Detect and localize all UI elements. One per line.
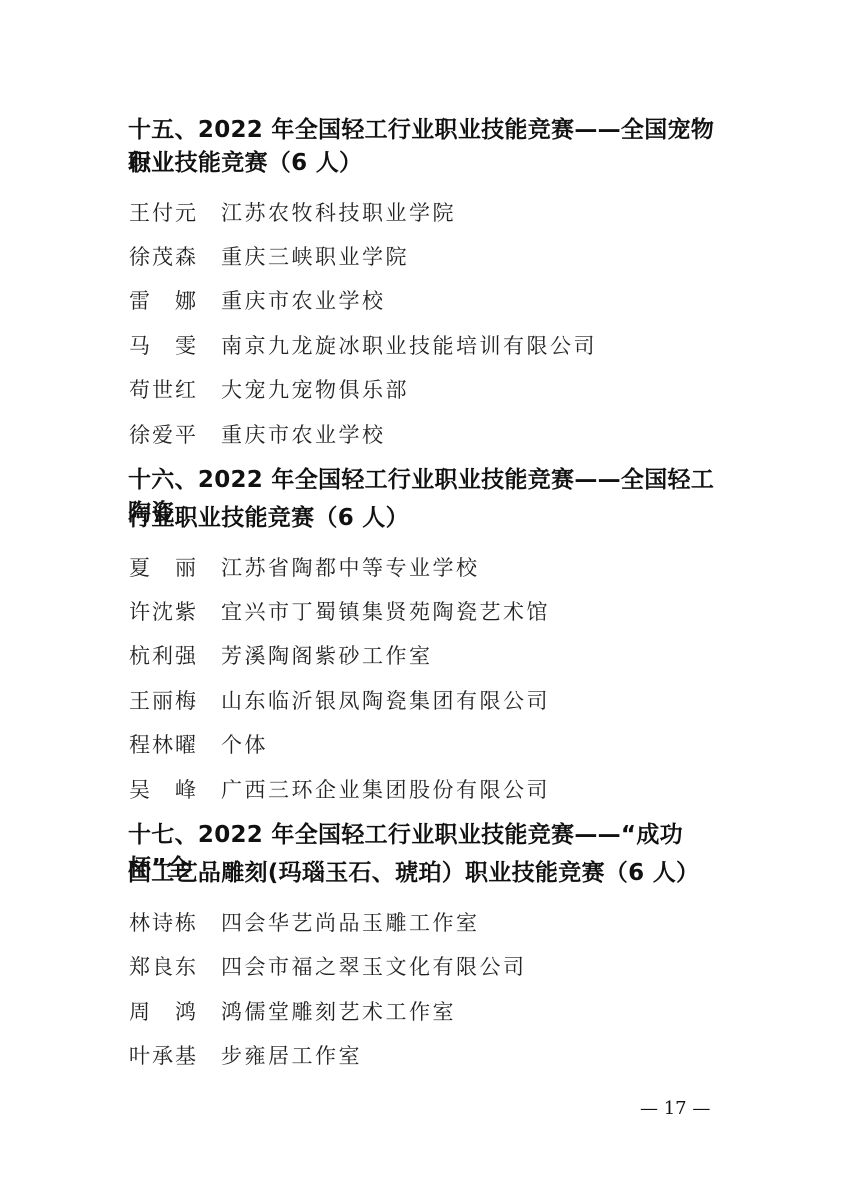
section-title-line2: 行业职业技能竞赛（6 人） xyxy=(128,502,728,535)
person-name: 马 雯 xyxy=(129,331,221,361)
section-heading-17-cont: 国工艺品雕刻(玛瑙玉石、琥珀）职业技能竞赛（6 人） xyxy=(128,857,728,890)
person-name: 王付元 xyxy=(129,198,221,228)
list-item: 马 雯南京九龙旋冰职业技能培训有限公司 xyxy=(129,331,597,361)
organization: 重庆市农业学校 xyxy=(221,286,386,316)
person-name: 杭利强 xyxy=(129,641,221,671)
organization: 芳溪陶阁紫砂工作室 xyxy=(221,641,433,671)
list-item: 夏 丽江苏省陶都中等专业学校 xyxy=(129,553,480,583)
person-name: 徐爱平 xyxy=(129,420,221,450)
organization: 重庆三峡职业学院 xyxy=(221,242,409,272)
organization: 南京九龙旋冰职业技能培训有限公司 xyxy=(221,331,597,361)
organization: 江苏农牧科技职业学院 xyxy=(221,198,456,228)
list-item: 雷 娜重庆市农业学校 xyxy=(129,286,386,316)
list-item: 林诗栋四会华艺尚品玉雕工作室 xyxy=(129,908,480,938)
organization: 广西三环企业集团股份有限公司 xyxy=(221,775,550,805)
section-heading-16-cont: 行业职业技能竞赛（6 人） xyxy=(128,502,728,535)
organization: 大宠九宠物俱乐部 xyxy=(221,375,409,405)
organization: 步雍居工作室 xyxy=(221,1041,362,1071)
page-number: — 17 — xyxy=(640,1098,710,1119)
document-page: 十五、2022 年全国轻工行业职业技能竞赛——全国宠物行业 职业技能竞赛（6 人… xyxy=(0,0,848,1200)
person-name: 吴 峰 xyxy=(129,775,221,805)
list-item: 苟世红大宠九宠物俱乐部 xyxy=(129,375,409,405)
list-item: 王丽梅山东临沂银凤陶瓷集团有限公司 xyxy=(129,686,550,716)
person-name: 徐茂森 xyxy=(129,242,221,272)
person-name: 王丽梅 xyxy=(129,686,221,716)
organization: 鸿儒堂雕刻艺术工作室 xyxy=(221,997,456,1027)
person-name: 苟世红 xyxy=(129,375,221,405)
organization: 四会华艺尚品玉雕工作室 xyxy=(221,908,480,938)
list-item: 徐茂森重庆三峡职业学院 xyxy=(129,242,409,272)
list-item: 郑良东四会市福之翠玉文化有限公司 xyxy=(129,952,527,982)
person-name: 许沈紫 xyxy=(129,597,221,627)
organization: 重庆市农业学校 xyxy=(221,420,386,450)
section-heading-15-cont: 职业技能竞赛（6 人） xyxy=(128,147,728,180)
section-title-line2: 职业技能竞赛（6 人） xyxy=(128,147,728,180)
list-item: 周 鸿鸿儒堂雕刻艺术工作室 xyxy=(129,997,456,1027)
organization: 宜兴市丁蜀镇集贤苑陶瓷艺术馆 xyxy=(221,597,550,627)
list-item: 吴 峰广西三环企业集团股份有限公司 xyxy=(129,775,550,805)
section-title-line2: 国工艺品雕刻(玛瑙玉石、琥珀）职业技能竞赛（6 人） xyxy=(128,857,728,890)
person-name: 程林曜 xyxy=(129,730,221,760)
organization: 江苏省陶都中等专业学校 xyxy=(221,553,480,583)
organization: 山东临沂银凤陶瓷集团有限公司 xyxy=(221,686,550,716)
person-name: 周 鸿 xyxy=(129,997,221,1027)
person-name: 林诗栋 xyxy=(129,908,221,938)
list-item: 叶承基步雍居工作室 xyxy=(129,1041,362,1071)
person-name: 雷 娜 xyxy=(129,286,221,316)
organization: 四会市福之翠玉文化有限公司 xyxy=(221,952,527,982)
person-name: 夏 丽 xyxy=(129,553,221,583)
organization: 个体 xyxy=(221,730,268,760)
list-item: 徐爱平重庆市农业学校 xyxy=(129,420,386,450)
list-item: 王付元江苏农牧科技职业学院 xyxy=(129,198,456,228)
person-name: 叶承基 xyxy=(129,1041,221,1071)
person-name: 郑良东 xyxy=(129,952,221,982)
list-item: 许沈紫宜兴市丁蜀镇集贤苑陶瓷艺术馆 xyxy=(129,597,550,627)
list-item: 杭利强芳溪陶阁紫砂工作室 xyxy=(129,641,433,671)
list-item: 程林曜个体 xyxy=(129,730,268,760)
